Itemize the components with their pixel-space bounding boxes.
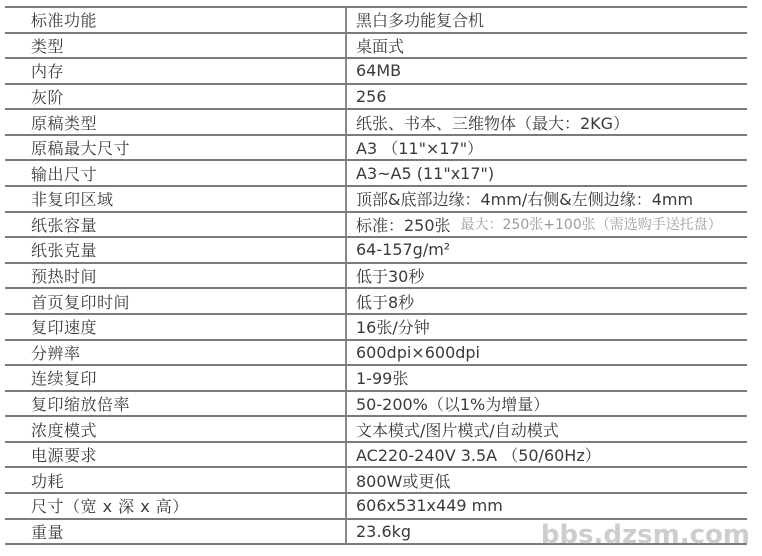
spec-value-note: 最大：250张+100张（需选购手送托盘） <box>461 214 722 234</box>
table-row: 原稿类型 纸张、书本、三维物体（最大：2KG） <box>5 108 747 134</box>
spec-value: 23.6kg <box>356 522 411 541</box>
spec-value: 顶部&底部边缘：4mm/右侧&左侧边缘：4mm <box>356 187 693 210</box>
spec-label: 灰阶 <box>5 85 347 109</box>
site-watermark: bbs.dzsm.com <box>541 520 750 550</box>
table-row: 类型 桌面式 <box>5 32 747 58</box>
spec-label: 首页复印时间 <box>5 289 347 313</box>
specification-table: 标准功能 黑白多功能复合机 类型 桌面式 内存 64MB 灰阶 256 原稿类型… <box>5 6 747 545</box>
table-row: 电源要求 AC220-240V 3.5A （50/60Hz） <box>5 441 747 467</box>
spec-label: 尺寸（宽 x 深 x 高） <box>5 494 347 518</box>
table-row: 浓度模式 文本模式/图片模式/自动模式 <box>5 415 747 441</box>
spec-value: 桌面式 <box>356 34 404 57</box>
spec-value: AC220-240V 3.5A （50/60Hz） <box>356 443 601 466</box>
spec-value: 16张/分钟 <box>356 315 430 338</box>
table-row: 纸张克量 64-157g/m² <box>5 236 747 262</box>
spec-value: 标准：250张 <box>356 213 451 236</box>
table-row: 内存 64MB <box>5 57 747 83</box>
table-row: 连续复印 1-99张 <box>5 364 747 390</box>
spec-value: 纸张、书本、三维物体（最大：2KG） <box>356 111 629 134</box>
spec-label: 非复印区域 <box>5 187 347 211</box>
table-row: 纸张容量 标准：250张 最大：250张+100张（需选购手送托盘） <box>5 211 747 237</box>
spec-label: 纸张容量 <box>5 213 347 237</box>
spec-value: 800W或更低 <box>356 469 450 492</box>
spec-label: 预热时间 <box>5 264 347 288</box>
spec-label: 原稿类型 <box>5 110 347 134</box>
table-row: 预热时间 低于30秒 <box>5 262 747 288</box>
spec-value: 低于8秒 <box>356 290 414 313</box>
table-row: 复印速度 16张/分钟 <box>5 313 747 339</box>
spec-label: 纸张克量 <box>5 238 347 262</box>
table-row: 原稿最大尺寸 A3 （11"×17"） <box>5 134 747 160</box>
spec-value: 50-200%（以1%为增量） <box>356 392 549 415</box>
table-row: 灰阶 256 <box>5 83 747 109</box>
spec-label: 重量 <box>5 520 347 544</box>
table-row: 功耗 800W或更低 <box>5 466 747 492</box>
spec-value: 256 <box>356 87 387 106</box>
spec-value: 600dpi×600dpi <box>356 343 480 362</box>
table-row: 非复印区域 顶部&底部边缘：4mm/右侧&左侧边缘：4mm <box>5 185 747 211</box>
table-row: 首页复印时间 低于8秒 <box>5 287 747 313</box>
spec-label: 原稿最大尺寸 <box>5 136 347 160</box>
spec-value: 文本模式/图片模式/自动模式 <box>356 418 559 441</box>
spec-label: 功耗 <box>5 468 347 492</box>
spec-label: 输出尺寸 <box>5 161 347 185</box>
spec-value: 低于30秒 <box>356 264 424 287</box>
spec-value: A3~A5 (11"x17") <box>356 164 494 183</box>
spec-label: 复印缩放倍率 <box>5 392 347 416</box>
spec-value: 64MB <box>356 61 401 80</box>
spec-label: 浓度模式 <box>5 417 347 441</box>
table-row: 标准功能 黑白多功能复合机 <box>5 6 747 32</box>
spec-label: 分辨率 <box>5 341 347 365</box>
table-row: 复印缩放倍率 50-200%（以1%为增量） <box>5 390 747 416</box>
table-row: 分辨率 600dpi×600dpi <box>5 339 747 365</box>
spec-sheet-page: 标准功能 黑白多功能复合机 类型 桌面式 内存 64MB 灰阶 256 原稿类型… <box>0 0 762 556</box>
spec-label: 内存 <box>5 59 347 83</box>
spec-label: 类型 <box>5 34 347 58</box>
table-row: 尺寸（宽 x 深 x 高） 606x531x449 mm <box>5 492 747 518</box>
table-row: 输出尺寸 A3~A5 (11"x17") <box>5 159 747 185</box>
spec-value: A3 （11"×17"） <box>356 136 483 159</box>
spec-label: 复印速度 <box>5 315 347 339</box>
spec-label: 标准功能 <box>5 8 347 32</box>
spec-value: 606x531x449 mm <box>356 496 503 515</box>
spec-label: 电源要求 <box>5 443 347 467</box>
spec-label: 连续复印 <box>5 366 347 390</box>
spec-value: 64-157g/m² <box>356 240 450 259</box>
spec-value: 黑白多功能复合机 <box>356 8 484 31</box>
spec-value: 1-99张 <box>356 366 408 389</box>
